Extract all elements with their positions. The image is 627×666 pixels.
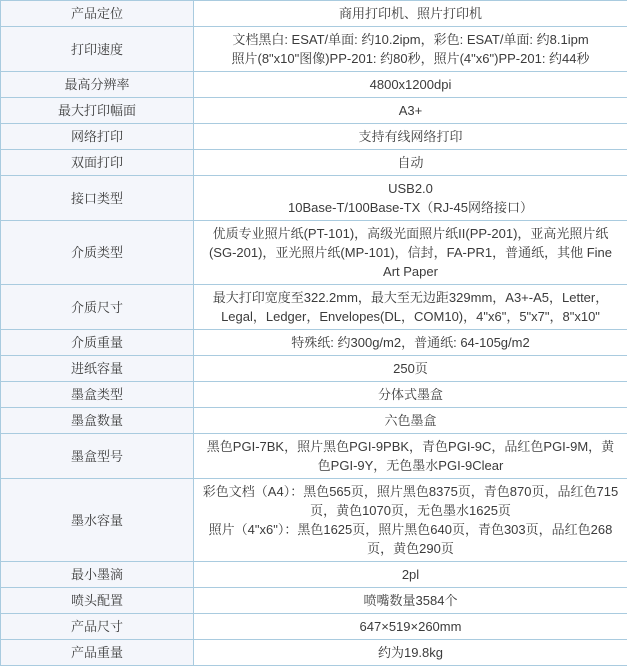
spec-value-line: 分体式墨盒 [202, 385, 619, 404]
table-row: 双面打印 自动 [1, 150, 627, 176]
spec-label: 介质尺寸 [1, 285, 194, 330]
spec-value-line: 彩色文档（A4）：黑色565页，照片黑色8375页，青色870页，品红色715页… [202, 482, 619, 520]
spec-label: 喷头配置 [1, 588, 194, 614]
spec-label: 墨水容量 [1, 479, 194, 562]
spec-value-line: 商用打印机、照片打印机 [202, 4, 619, 23]
spec-value: 2pl [194, 562, 627, 588]
spec-value: 优质专业照片纸(PT-101)，高级光面照片纸II(PP-201)，亚高光照片纸… [194, 221, 627, 285]
spec-label: 双面打印 [1, 150, 194, 176]
spec-value: 自动 [194, 150, 627, 176]
table-row: 最大打印幅面 A3+ [1, 98, 627, 124]
spec-value: 文档黑白: ESAT/单面: 约10.2ipm，彩色: ESAT/单面: 约8.… [194, 27, 627, 72]
spec-value: 647×519×260mm [194, 614, 627, 640]
spec-value-line: 照片(8"x10"图像)PP-201: 约80秒，照片(4"x6")PP-201… [202, 49, 619, 68]
spec-label: 最小墨滴 [1, 562, 194, 588]
spec-label: 介质重量 [1, 330, 194, 356]
spec-value-line: 照片（4"x6"）：黑色1625页，照片黑色640页，青色303页，品红色268… [202, 520, 619, 558]
spec-label: 产品重量 [1, 640, 194, 666]
spec-value-line: 优质专业照片纸(PT-101)，高级光面照片纸II(PP-201)，亚高光照片纸… [202, 224, 619, 281]
spec-value-line: 特殊纸: 约300g/m2，普通纸: 64-105g/m2 [202, 333, 619, 352]
table-row: 喷头配置 喷嘴数量3584个 [1, 588, 627, 614]
spec-value-line: 10Base-T/100Base-TX（RJ-45网络接口） [202, 198, 619, 217]
spec-value-line: 喷嘴数量3584个 [202, 591, 619, 610]
spec-label: 接口类型 [1, 176, 194, 221]
table-row: 产品定位 商用打印机、照片打印机 [1, 1, 627, 27]
spec-label: 墨盒型号 [1, 434, 194, 479]
spec-value-line: 自动 [202, 153, 619, 172]
table-row: 最高分辨率 4800x1200dpi [1, 72, 627, 98]
spec-label: 介质类型 [1, 221, 194, 285]
spec-label: 墨盒数量 [1, 408, 194, 434]
spec-value: 分体式墨盒 [194, 382, 627, 408]
spec-value: 约为19.8kg [194, 640, 627, 666]
spec-table: 产品定位 商用打印机、照片打印机 打印速度 文档黑白: ESAT/单面: 约10… [0, 0, 627, 666]
spec-value-line: 4800x1200dpi [202, 75, 619, 94]
table-row: 介质尺寸 最大打印宽度至322.2mm，最大至无边距329mm，A3+-A5，L… [1, 285, 627, 330]
spec-label: 产品定位 [1, 1, 194, 27]
spec-value-line: 文档黑白: ESAT/单面: 约10.2ipm，彩色: ESAT/单面: 约8.… [202, 30, 619, 49]
spec-value-line: 黑色PGI-7BK，照片黑色PGI-9PBK，青色PGI-9C，品红色PGI-9… [202, 437, 619, 475]
spec-value: 六色墨盒 [194, 408, 627, 434]
spec-value-line: 约为19.8kg [202, 643, 619, 662]
spec-label: 进纸容量 [1, 356, 194, 382]
spec-value: USB2.0 10Base-T/100Base-TX（RJ-45网络接口） [194, 176, 627, 221]
table-row: 墨水容量 彩色文档（A4）：黑色565页，照片黑色8375页，青色870页，品红… [1, 479, 627, 562]
table-row: 介质类型 优质专业照片纸(PT-101)，高级光面照片纸II(PP-201)，亚… [1, 221, 627, 285]
spec-value: 商用打印机、照片打印机 [194, 1, 627, 27]
spec-value-line: USB2.0 [202, 179, 619, 198]
spec-label: 网络打印 [1, 124, 194, 150]
spec-value-line: 六色墨盒 [202, 411, 619, 430]
table-row: 产品尺寸 647×519×260mm [1, 614, 627, 640]
table-row: 墨盒数量 六色墨盒 [1, 408, 627, 434]
table-row: 网络打印 支持有线网络打印 [1, 124, 627, 150]
spec-value-line: 250页 [202, 359, 619, 378]
table-row: 最小墨滴 2pl [1, 562, 627, 588]
spec-value: 黑色PGI-7BK，照片黑色PGI-9PBK，青色PGI-9C，品红色PGI-9… [194, 434, 627, 479]
spec-value: 最大打印宽度至322.2mm，最大至无边距329mm，A3+-A5，Letter… [194, 285, 627, 330]
table-row: 产品重量 约为19.8kg [1, 640, 627, 666]
spec-label: 打印速度 [1, 27, 194, 72]
spec-value: 彩色文档（A4）：黑色565页，照片黑色8375页，青色870页，品红色715页… [194, 479, 627, 562]
table-row: 墨盒型号 黑色PGI-7BK，照片黑色PGI-9PBK，青色PGI-9C，品红色… [1, 434, 627, 479]
table-row: 介质重量 特殊纸: 约300g/m2，普通纸: 64-105g/m2 [1, 330, 627, 356]
spec-value: 喷嘴数量3584个 [194, 588, 627, 614]
spec-value-line: 支持有线网络打印 [202, 127, 619, 146]
spec-label: 最高分辨率 [1, 72, 194, 98]
table-row: 接口类型 USB2.0 10Base-T/100Base-TX（RJ-45网络接… [1, 176, 627, 221]
spec-value: 250页 [194, 356, 627, 382]
spec-value: A3+ [194, 98, 627, 124]
spec-label: 最大打印幅面 [1, 98, 194, 124]
spec-value: 支持有线网络打印 [194, 124, 627, 150]
spec-label: 产品尺寸 [1, 614, 194, 640]
spec-value-line: A3+ [202, 101, 619, 120]
table-row: 打印速度 文档黑白: ESAT/单面: 约10.2ipm，彩色: ESAT/单面… [1, 27, 627, 72]
spec-value: 特殊纸: 约300g/m2，普通纸: 64-105g/m2 [194, 330, 627, 356]
spec-value: 4800x1200dpi [194, 72, 627, 98]
spec-value-line: 647×519×260mm [202, 617, 619, 636]
spec-value-line: 最大打印宽度至322.2mm，最大至无边距329mm，A3+-A5，Letter… [202, 288, 619, 326]
spec-label: 墨盒类型 [1, 382, 194, 408]
spec-value-line: 2pl [202, 565, 619, 584]
product-spec-section: 产品定位 商用打印机、照片打印机 打印速度 文档黑白: ESAT/单面: 约10… [0, 0, 627, 666]
table-row: 进纸容量 250页 [1, 356, 627, 382]
table-row: 墨盒类型 分体式墨盒 [1, 382, 627, 408]
